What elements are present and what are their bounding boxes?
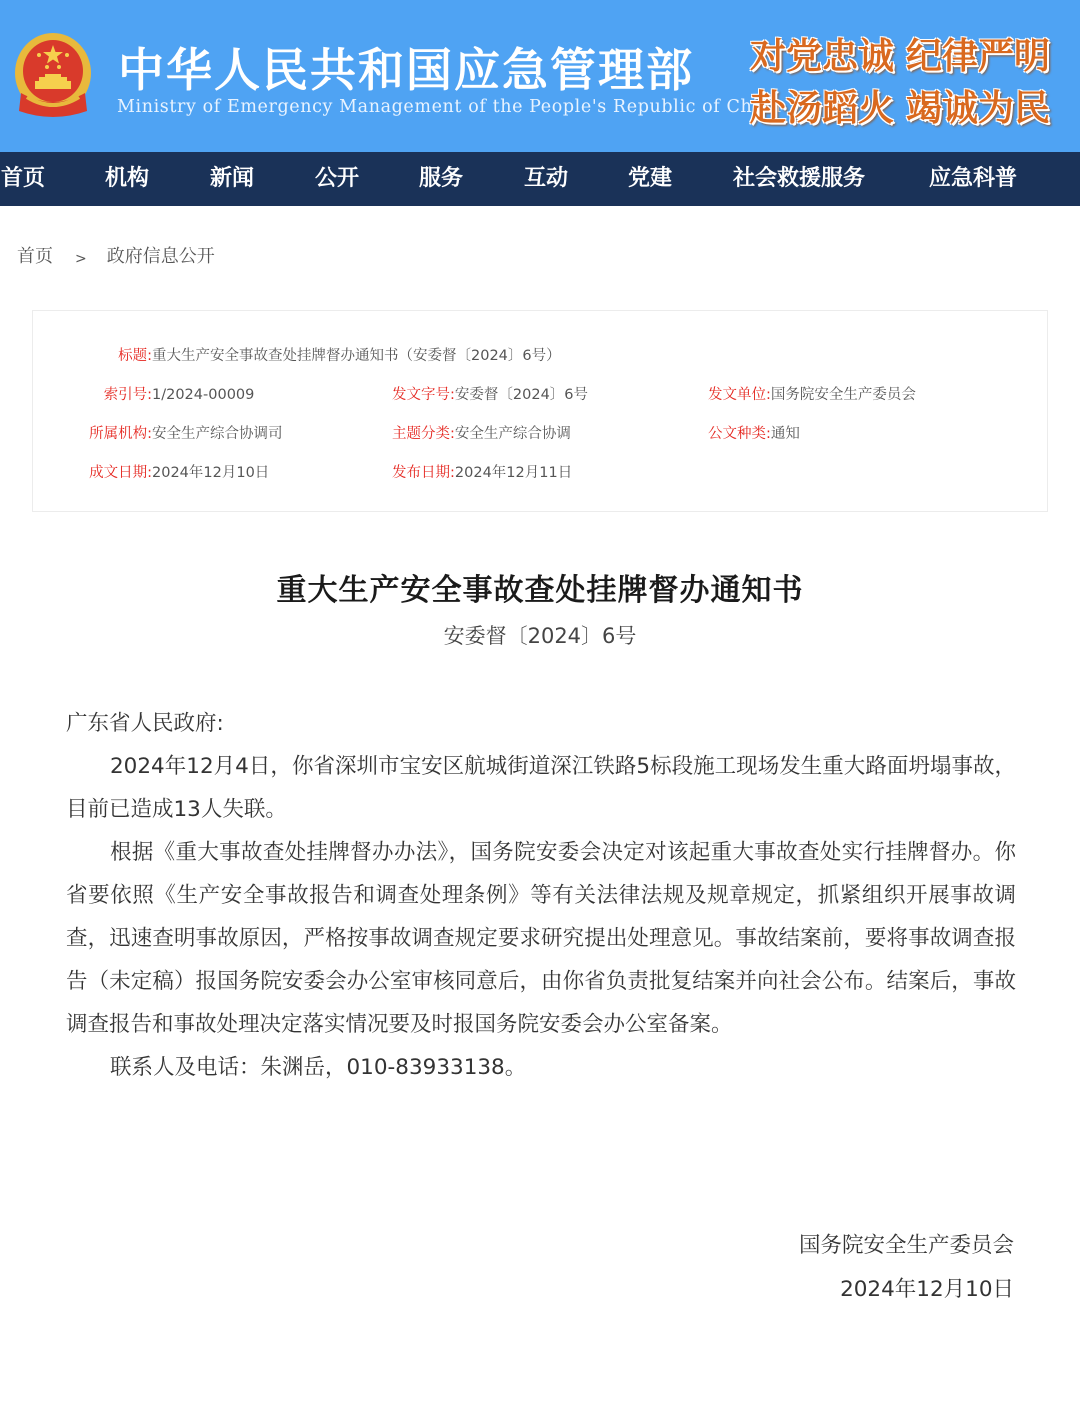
nav-item-emergency-science[interactable]: 应急科普 [929,152,1017,206]
meta-value: 安委督〔2024〕6号 [455,387,588,403]
document-metadata: 标题:重大生产安全事故查处挂牌督办通知书（安委督〔2024〕6号） 索引号:1/… [32,310,1048,512]
nav-item-social-rescue[interactable]: 社会救援服务 [733,152,865,206]
issue-date: 2024年12月10日 [840,1272,1014,1303]
document-body: 广东省人民政府: 2024年12月4日，你省深圳市宝安区航城街道深江铁路5标段施… [66,702,1016,1089]
meta-value: 通知 [771,426,800,442]
document-number: 安委督〔2024〕6号 [0,620,1080,650]
nav-item-news[interactable]: 新闻 [210,152,254,206]
breadcrumb-separator-icon: > [75,251,87,267]
body-paragraph: 联系人及电话：朱渊岳，010-83933138。 [66,1046,1016,1089]
breadcrumb-gov-info[interactable]: 政府信息公开 [107,246,215,267]
meta-value: 国务院安全生产委员会 [771,387,916,403]
meta-doc-number: 发文字号:安委督〔2024〕6号 [392,383,588,404]
meta-label: 所属机构: [76,422,152,443]
meta-label: 发布日期: [392,461,455,482]
site-subtitle: Ministry of Emergency Management of the … [117,97,781,117]
national-emblem-icon[interactable] [13,31,93,119]
breadcrumb: 首页>政府信息公开 [17,242,215,268]
meta-label: 索引号: [76,383,152,404]
site-banner: 中华人民共和国应急管理部 Ministry of Emergency Manag… [0,0,1080,152]
slogan-line-1: 对党忠诚纪律严明 [750,28,1050,79]
body-paragraph: 2024年12月4日，你省深圳市宝安区航城街道深江铁路5标段施工现场发生重大路面… [66,745,1016,831]
meta-topic: 主题分类:安全生产综合协调 [392,422,571,443]
salutation: 广东省人民政府: [66,702,1016,745]
meta-value: 2024年12月10日 [152,465,269,481]
nav-item-party-building[interactable]: 党建 [628,152,672,206]
issuer-signature: 国务院安全生产委员会 [799,1228,1014,1259]
meta-value: 重大生产安全事故查处挂牌督办通知书（安委督〔2024〕6号） [152,348,561,364]
slogan-phrase: 竭诚为民 [906,87,1050,129]
meta-label: 发文单位: [708,383,771,404]
slogan-phrase: 纪律严明 [906,35,1050,77]
meta-publish-date: 发布日期:2024年12月11日 [392,461,572,482]
nav-item-interaction[interactable]: 互动 [524,152,568,206]
meta-written-date: 成文日期:2024年12月10日 [76,461,269,482]
meta-label: 标题: [76,344,152,365]
nav-item-organization[interactable]: 机构 [105,152,149,206]
breadcrumb-home[interactable]: 首页 [17,246,53,267]
slogan-phrase: 赴汤蹈火 [750,87,894,129]
meta-issuer: 发文单位:国务院安全生产委员会 [708,383,916,404]
nav-item-home[interactable]: 首页 [1,152,45,206]
meta-label: 主题分类: [392,422,455,443]
meta-label: 成文日期: [76,461,152,482]
meta-organization: 所属机构:安全生产综合协调司 [76,422,283,443]
document-title: 重大生产安全事故查处挂牌督办通知书 [0,565,1080,609]
meta-title: 标题:重大生产安全事故查处挂牌督办通知书（安委督〔2024〕6号） [76,344,561,365]
meta-label: 发文字号: [392,383,455,404]
meta-label: 公文种类: [708,422,771,443]
meta-value: 2024年12月11日 [455,465,572,481]
nav-item-disclosure[interactable]: 公开 [315,152,359,206]
slogan-line-2: 赴汤蹈火竭诚为民 [750,80,1050,131]
nav-item-services[interactable]: 服务 [419,152,463,206]
main-nav: 首页 机构 新闻 公开 服务 互动 党建 社会救援服务 应急科普 [0,152,1080,206]
body-paragraph: 根据《重大事故查处挂牌督办办法》，国务院安委会决定对该起重大事故查处实行挂牌督办… [66,831,1016,1046]
meta-doc-type: 公文种类:通知 [708,422,800,443]
meta-index: 索引号:1/2024-00009 [76,383,254,404]
slogan-phrase: 对党忠诚 [750,35,894,77]
meta-value: 1/2024-00009 [152,387,254,403]
site-title[interactable]: 中华人民共和国应急管理部 [118,34,694,100]
meta-value: 安全生产综合协调 [455,426,571,442]
meta-value: 安全生产综合协调司 [152,426,283,442]
